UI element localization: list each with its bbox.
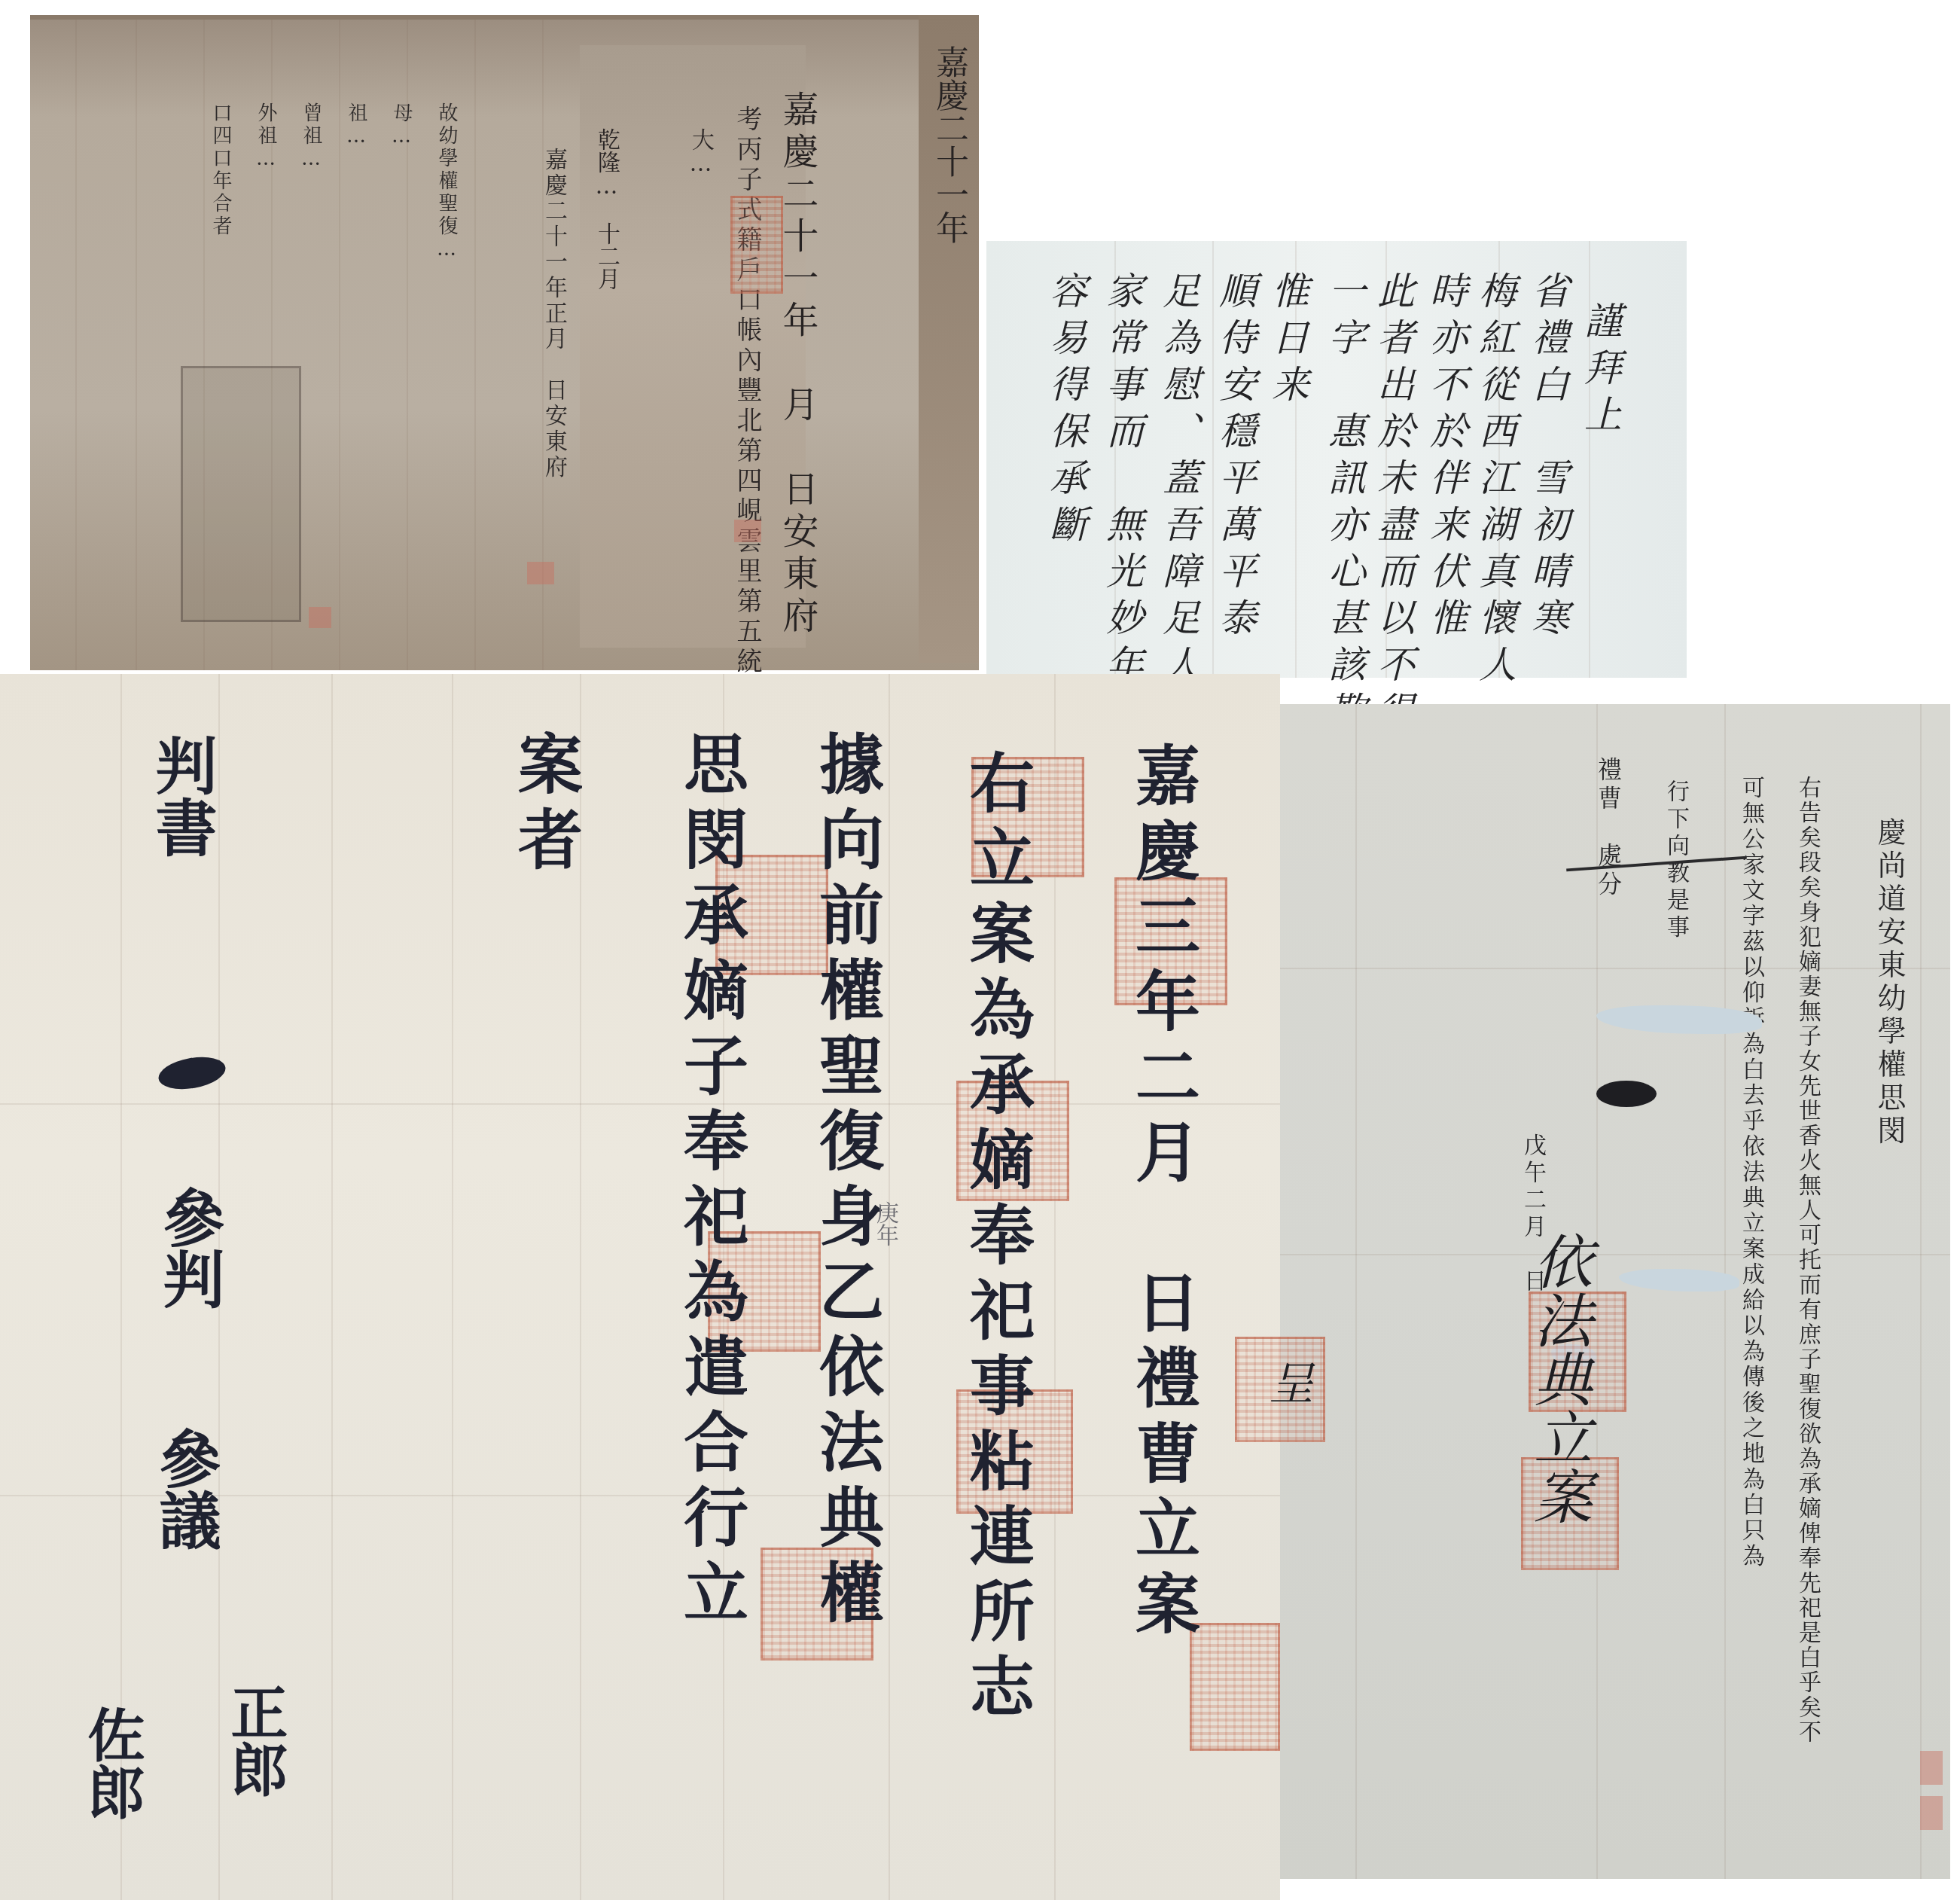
register-right-text: 乾隆… 十二月	[595, 128, 617, 290]
small-seal	[309, 607, 331, 628]
petitioner-line: 慶尚道安東幼學權思閔	[1875, 817, 1904, 1148]
petition-addressee: 禮曹 處分	[1596, 757, 1620, 900]
small-seal	[1920, 1796, 1943, 1830]
letter-line: 容易得保承斷	[1047, 271, 1084, 551]
petition-body-line: 右告矣段矣身犯嫡妻無子女先世香火無人可托而有庶子聖復欲為承嫡俾奉先祀是白乎矣不	[1796, 776, 1818, 1745]
letter-line: 一字 惠訊亦心甚該歎	[1325, 271, 1363, 738]
ritual-succession-certificate: 嘉慶三年二月 日禮曹立案 右立案為承嫡奉祀事粘連所志 據向前權聖復身乙依法典權 …	[0, 674, 1280, 1900]
letter-line: 梅紅從西江湖真懷人	[1476, 271, 1513, 691]
certificate-body-line: 據向前權聖復身乙依法典權	[813, 730, 878, 1634]
personal-letter-document: 謹拜上 省禮白 雪初晴寒 梅紅從西江湖真懷人 時亦不於伴来伏惟 此者出於未盡而以…	[986, 241, 1687, 678]
letter-line: 省禮白 雪初晴寒	[1529, 271, 1566, 645]
signature-pan-seo: 判書	[151, 734, 212, 858]
red-official-seal	[1190, 1623, 1280, 1751]
signature-cham-pan: 參判	[158, 1186, 220, 1310]
red-official-seal	[730, 196, 783, 294]
letter-line: 足為慰、蓋吾障足人	[1160, 271, 1197, 691]
signature-mark	[1596, 1081, 1657, 1107]
household-register-document: 嘉慶二十一年正月 日安東府 故幼學權聖復… 母… 祖… 曾祖… 外祖… 口四口年…	[30, 15, 979, 670]
letter-line: 順侍安穩平萬平泰	[1216, 271, 1254, 645]
register-edge-date: 嘉慶二十一年	[932, 45, 965, 244]
register-text-column: 故幼學權聖復…	[437, 102, 456, 264]
register-text-column: 口四口年合者	[211, 102, 230, 238]
register-right-text: 大…	[689, 128, 712, 177]
margin-note: 庚年	[873, 1201, 896, 1246]
letter-line: 時亦不於伴来伏惟	[1427, 271, 1465, 645]
register-text-column: 外祖…	[256, 102, 276, 173]
register-overlapping-sheet: 嘉慶二十一年 月 日安東府 考丙子式籍戶口帳內豐北第四峴雲里第五統… 大… 乾隆…	[580, 45, 806, 648]
register-text-column: 母…	[392, 102, 411, 151]
letter-line: 惟日来	[1269, 271, 1306, 411]
register-right-date: 嘉慶二十一年 月 日安東府	[779, 90, 815, 639]
small-seal	[527, 562, 554, 584]
register-date-column: 嘉慶二十一年正月 日安東府	[542, 148, 565, 480]
signature-jeong-rang: 正郎	[226, 1683, 283, 1798]
paper-damage-hole	[1596, 1005, 1762, 1034]
certificate-body-line: 右立案為承嫡奉祀事粘連所志	[964, 749, 1029, 1728]
letter-line: 家常事而 無光妙年	[1103, 271, 1141, 691]
small-seal	[734, 520, 761, 542]
certificate-date-line: 嘉慶三年二月 日禮曹立案	[1129, 742, 1194, 1645]
receipt-mark: 呈	[1265, 1359, 1310, 1404]
faded-ink-stamp	[181, 366, 301, 622]
petition-document: 慶尚道安東幼學權思閔 右告矣段矣身犯嫡妻無子女先世香火無人可托而有庶子聖復欲為承…	[1280, 704, 1950, 1879]
signature-cham-ui: 參議	[154, 1427, 216, 1551]
certificate-body-line: 思閔承嫡子奉祀為遣合行立	[678, 730, 742, 1634]
register-edge-sheet: 嘉慶二十一年	[919, 15, 979, 663]
petition-body-line: 可無公家文字茲以仰訴為白去乎依法典立案成給以為傳後之地為白只為	[1739, 776, 1762, 1569]
endorsement-signature: 依法典立案	[1529, 1231, 1587, 1525]
register-text-column: 曾祖…	[301, 102, 321, 173]
paper-damage-hole	[1619, 1269, 1739, 1292]
signature-jwa-rang: 佐郎	[83, 1706, 140, 1820]
letter-salutation: 謹拜上	[1581, 301, 1619, 441]
register-text-column: 祖…	[346, 102, 366, 151]
signature-mark	[156, 1052, 228, 1093]
certificate-closing: 案者	[512, 730, 577, 881]
letter-line: 此者出於未盡而以不得	[1374, 271, 1412, 738]
small-seal	[1920, 1751, 1943, 1785]
